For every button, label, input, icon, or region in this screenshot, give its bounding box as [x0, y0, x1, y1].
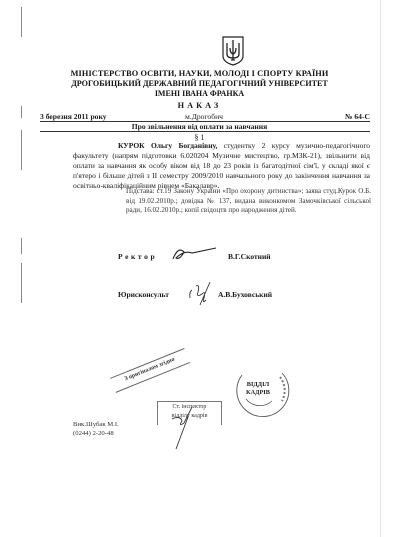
executor-name: Вик.Шубак М.І. — [73, 420, 119, 429]
legal-counsel-name: А.В.Буховський — [218, 290, 272, 299]
round-stamp-line2: КАДРІВ — [232, 389, 284, 397]
order-basis: Підстава: ст.19 Закону України «Про охор… — [126, 187, 371, 216]
rector-name: В.Г.Скотний — [228, 252, 271, 261]
order-subject: Про звільнення від оплати за навчання — [0, 122, 399, 131]
inspector-signature — [170, 405, 200, 450]
divider — [40, 131, 370, 132]
coat-of-arms-icon — [222, 36, 244, 66]
legal-counsel-signature — [186, 280, 218, 306]
document-type: НАКАЗ — [0, 101, 399, 110]
student-name: КУРОК Ольгу Богданівну, — [118, 141, 217, 150]
executor-phone: (0244) 2-20-48 — [73, 429, 119, 438]
order-body: КУРОК Ольгу Богданівну, студентку 2 курс… — [73, 141, 370, 191]
executor-info: Вик.Шубак М.І. (0244) 2-20-48 — [73, 420, 119, 438]
legal-counsel-role: Юрисконсульт — [118, 290, 169, 299]
round-stamp-line1: ВІДДІЛ — [232, 381, 284, 389]
scan-artifact — [21, 238, 22, 254]
order-date: 3 березня 2011 року — [40, 112, 107, 121]
hr-department-stamp: ВІДДІЛ КАДРІВ — [232, 361, 292, 421]
ministry-title: МІНІСТЕРСТВО ОСВІТИ, НАУКИ, МОЛОДІ І СПО… — [0, 69, 399, 78]
order-number: № 64-С — [345, 112, 370, 121]
order-city: м.Дрогобич — [185, 112, 223, 121]
university-title: ДРОГОБИЦЬКИЙ ДЕРЖАВНИЙ ПЕДАГОГІЧНИЙ УНІВ… — [0, 79, 399, 88]
certified-copy-stamp: З оригіналом згідно — [110, 348, 190, 393]
scan-artifact — [21, 7, 22, 37]
rector-signature — [170, 244, 220, 262]
scan-artifact — [21, 263, 22, 303]
university-name: ІМЕНІ ІВАНА ФРАНКА — [0, 89, 399, 98]
rector-role: Ректор — [118, 252, 157, 261]
